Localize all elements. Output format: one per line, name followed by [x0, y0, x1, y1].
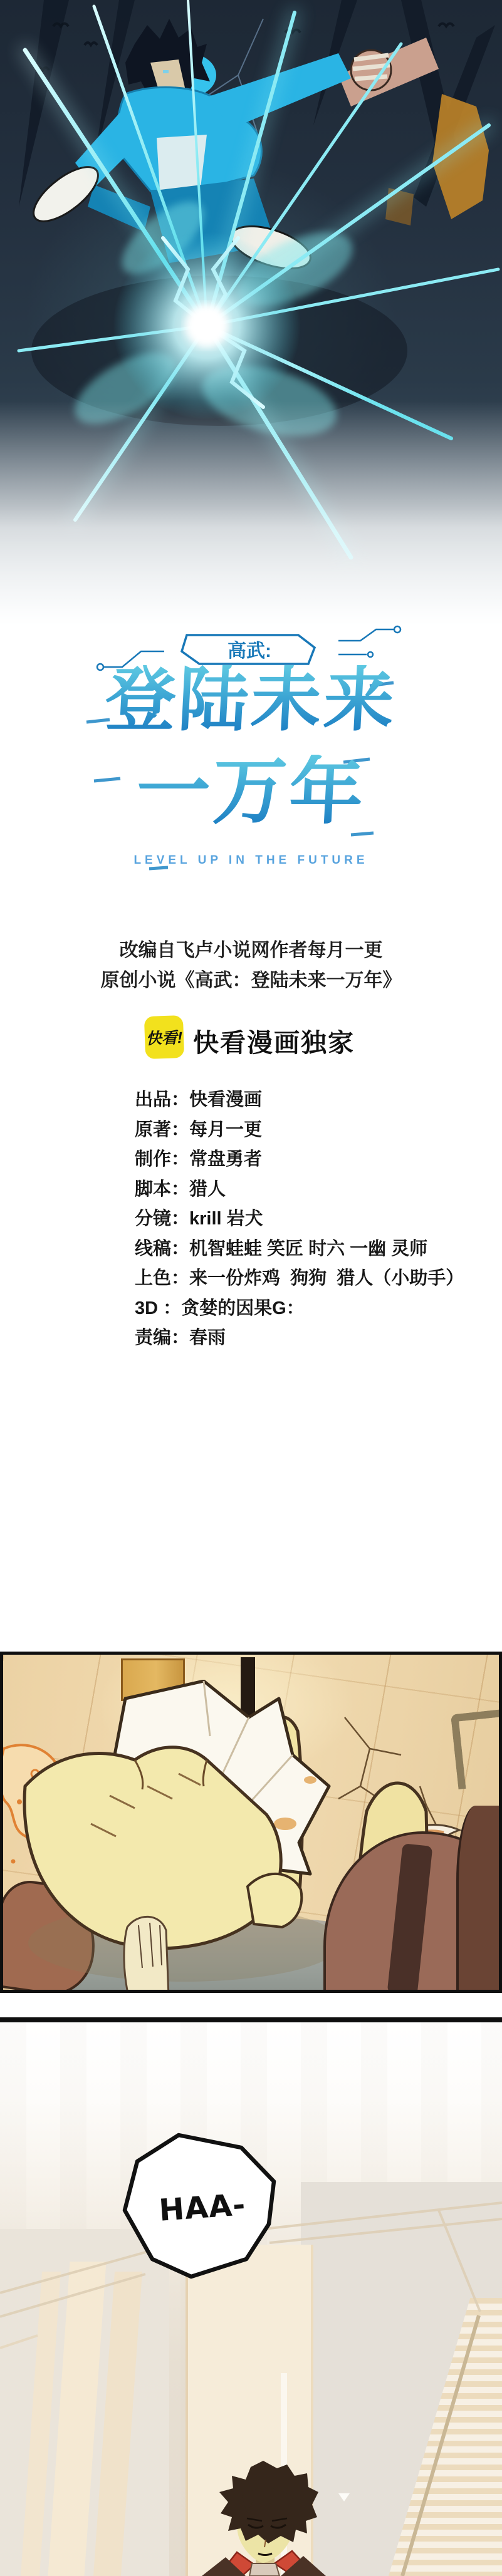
panel-1[interactable]	[0, 1652, 502, 1993]
credits-list: 出品：快看漫画 原著：每月一更 制作：常盘勇者 脚本：猎人 分镜：krill 岩…	[135, 1085, 486, 1353]
speech-bubble: HAA-	[116, 2130, 293, 2285]
shoulder-dark-edge	[456, 1806, 502, 1993]
light-triangle	[338, 2493, 350, 2501]
credit-row: 3D ：贪婪的因果G：	[135, 1294, 486, 1324]
credit-row: 上色：来一份炸鸡 狗狗 猎人（小助手）	[135, 1264, 486, 1294]
energy-core	[186, 304, 228, 347]
credit-row: 原著：每月一更	[135, 1115, 486, 1146]
bubble-text: HAA-	[158, 2187, 247, 2228]
credit-row: 分镜：krill 岩犬	[135, 1204, 486, 1234]
chair-frame	[451, 1708, 502, 1789]
exclusive-label: 快看漫画独家	[193, 1022, 355, 1059]
title-line1: 登陆未来	[0, 665, 502, 735]
cover-fade	[0, 401, 502, 633]
credit-row: 制作：常盘勇者	[135, 1145, 486, 1175]
panel-2[interactable]: HAA-	[0, 2022, 502, 2576]
cover-art[interactable]	[0, 0, 502, 633]
title-subtitle: LEVEL UP IN THE FUTURE	[0, 854, 502, 867]
title-badge-text: 高武:	[227, 640, 271, 661]
original-novel-note: 原创小说《高武：登陆未来一万年》	[0, 965, 502, 992]
cover-illustration	[0, 0, 502, 633]
adaptation-note: 改编自飞卢小说网作者每月一更	[0, 934, 502, 962]
publisher-row: 快看! 快看漫画独家	[0, 1013, 502, 1063]
credit-row: 脚本：猎人	[135, 1175, 486, 1205]
comic-reader-page: 高武: 登陆未来 一万年 LEVEL UP IN THE FUTURE 改编自飞…	[0, 0, 502, 2576]
credit-row: 线稿：机智蛙蛙 笑匠 时六 一幽 灵师	[135, 1234, 486, 1265]
credit-row: 责编：春雨	[135, 1323, 486, 1353]
title-line2: 一万年	[0, 755, 502, 829]
panel-2-top-border	[0, 2017, 502, 2022]
kuaikan-logo-icon: 快看!	[144, 1015, 184, 1059]
protagonist-head	[201, 2460, 327, 2576]
credit-row: 出品：快看漫画	[135, 1085, 486, 1115]
